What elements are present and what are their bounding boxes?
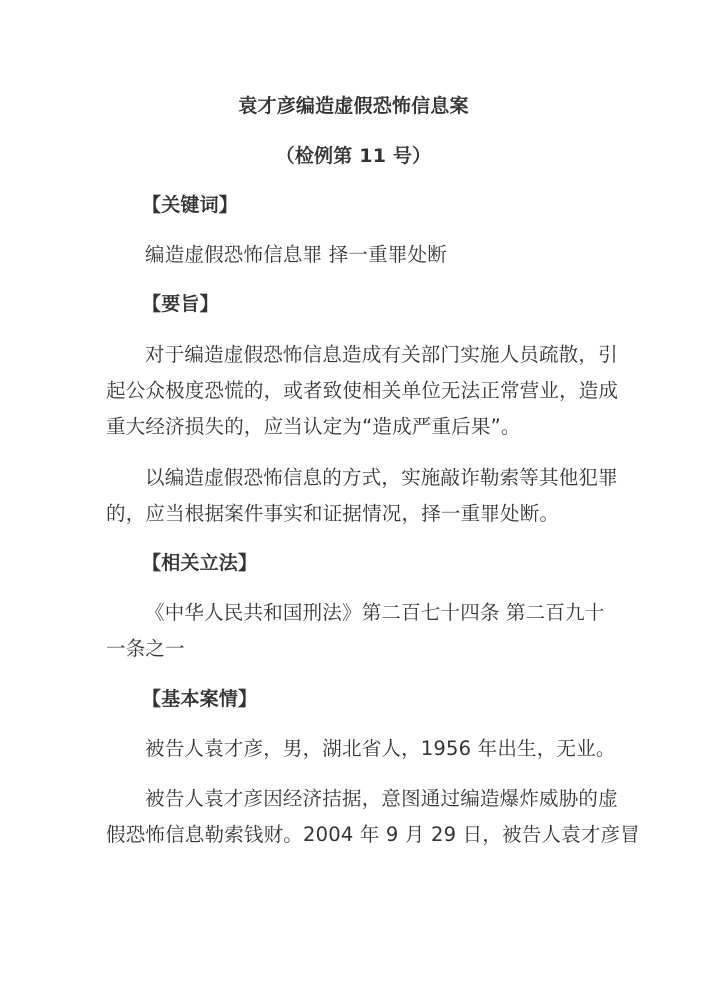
facts-para1: 被告人袁才彦，男，湖北省人，1956 年出生，无业。 bbox=[145, 737, 616, 761]
facts-para2-line2: 假恐怖信息勒索钱财。2004 年 9 月 29 日，被告人袁才彦冒 bbox=[106, 823, 601, 847]
gist-para1-line2: 起公众极度恐慌的，或者致使相关单位无法正常营业，造成 bbox=[106, 379, 601, 403]
facts-heading: 【基本案情】 bbox=[142, 687, 257, 711]
gist-para1-line3: 重大经济损失的，应当认定为“造成严重后果”。 bbox=[106, 415, 601, 439]
keywords-heading: 【关键词】 bbox=[142, 193, 238, 217]
document-subtitle: （检例第 11 号） bbox=[0, 144, 707, 168]
gist-para1-line1: 对于编造虚假恐怖信息造成有关部门实施人员疏散，引 bbox=[145, 343, 618, 367]
gist-heading: 【要旨】 bbox=[142, 292, 219, 316]
gist-para2-line2: 的，应当根据案件事实和证据情况，择一重罪处断。 bbox=[106, 502, 601, 526]
document-page: 袁才彦编造虚假恐怖信息案 （检例第 11 号） 【关键词】 编造虚假恐怖信息罪 … bbox=[0, 0, 707, 999]
document-title: 袁才彦编造虚假恐怖信息案 bbox=[0, 94, 707, 118]
legislation-heading: 【相关立法】 bbox=[142, 551, 257, 575]
gist-para2-line1: 以编造虚假恐怖信息的方式，实施敲诈勒索等其他犯罪 bbox=[145, 466, 618, 490]
keywords-text: 编造虚假恐怖信息罪 择一重罪处断 bbox=[145, 243, 447, 267]
legislation-line1: 《中华人民共和国刑法》第二百七十四条 第二百九十 bbox=[145, 601, 605, 625]
facts-para2-line1: 被告人袁才彦因经济拮据，意图通过编造爆炸威胁的虚 bbox=[145, 787, 618, 811]
legislation-line2: 一条之一 bbox=[106, 637, 601, 661]
